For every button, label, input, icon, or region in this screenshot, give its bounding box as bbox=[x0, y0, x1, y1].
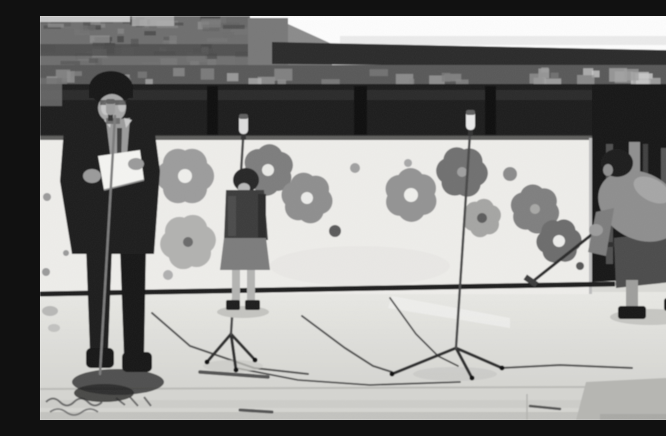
film-grain bbox=[40, 16, 666, 420]
photo-svg bbox=[40, 16, 666, 420]
photograph bbox=[40, 16, 666, 420]
